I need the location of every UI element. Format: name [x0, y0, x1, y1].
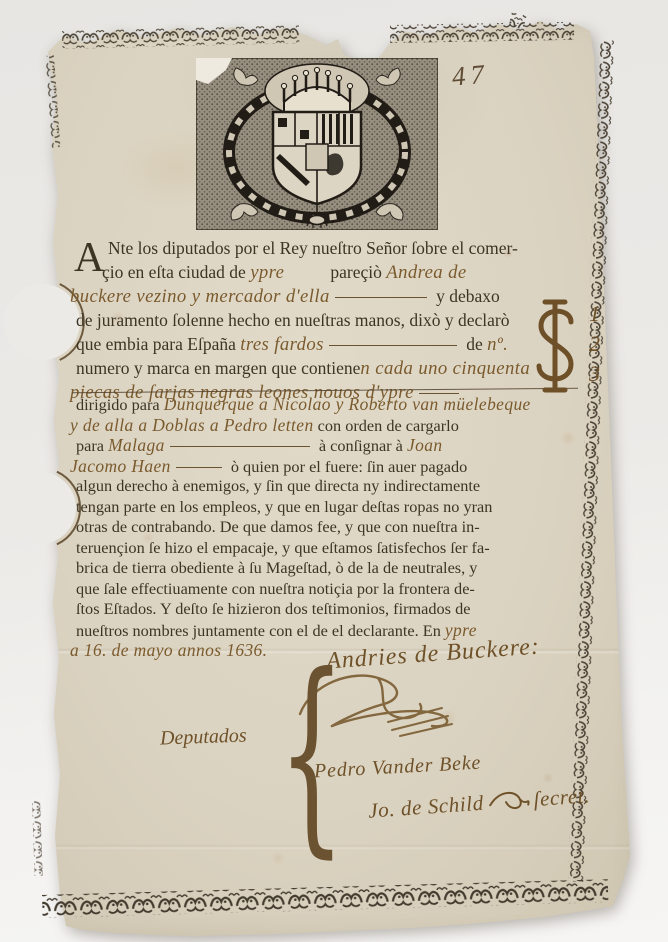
folio-number: 47	[451, 58, 491, 92]
coat-of-arms	[196, 58, 438, 230]
handwritten-goods: tres fardos	[240, 334, 324, 355]
merchant-mark-glyph	[524, 296, 586, 396]
inked-dash	[329, 345, 457, 346]
print-line: ſtos Eſtados. Y deſto ſe hizieron dos te…	[76, 599, 578, 620]
bale-numbers: 1 2 3	[589, 299, 600, 389]
mixed-line: buckere vezino y mercador d'ella y debax…	[76, 286, 578, 310]
mixed-line: numero y marca en margen que contienen c…	[76, 358, 578, 382]
paragraph-declaration: A Nte los diputados por el Rey nueſtro S…	[76, 238, 578, 406]
bale-number: 2	[589, 329, 600, 359]
handwritten-numero: nº.	[487, 334, 508, 355]
scanned-document: 47 A Nte los diputados por el Rey nueſtr…	[0, 0, 668, 942]
mixed-line: para Malaga à conſignar à Joan	[76, 435, 578, 456]
deputados-label: Deputados	[160, 724, 247, 750]
secretary-flourish	[485, 786, 533, 815]
inked-dash	[176, 467, 222, 468]
print-line: que ſale effectiuamente con nueſtra noti…	[76, 579, 578, 600]
handwritten-consignee: Jacomo Haen	[70, 456, 171, 477]
print-line: teruençion ſe hizo el empacaje, y que eſ…	[76, 538, 578, 559]
quartered-shield	[273, 112, 361, 204]
handwritten-date: a 16. de mayo annos 1636.	[70, 640, 267, 661]
mixed-line: y de alla a Doblas a Pedro letten con or…	[76, 415, 578, 436]
inked-dash	[170, 446, 310, 447]
handwritten-place: ypre	[445, 620, 477, 640]
handwritten-consignee: Joan	[407, 435, 443, 455]
deputados-brace: {	[278, 654, 345, 852]
paragraph-shipping: dirigido para Dunquerque a Nicolao y Rob…	[76, 394, 578, 661]
print-line: de juramento ſolenne hecho en nueſtras m…	[76, 310, 578, 334]
bale-number: 1	[589, 299, 600, 329]
handwritten-city: ypre	[250, 262, 284, 283]
print-line: Nte los diputados por el Rey nueſtro Señ…	[76, 238, 578, 262]
handwritten-name: Andrea de	[386, 262, 466, 283]
bale-number: 3	[589, 359, 600, 389]
merchant-mark	[524, 296, 586, 401]
inked-dash	[335, 297, 427, 298]
print-line: tengan parte en los empleos, y que en lu…	[76, 497, 578, 518]
handwritten-route: Dunquerque a Nicolao y Roberto van müele…	[164, 394, 531, 414]
mixed-line: que embia para Eſpaña tres fardos de nº.	[76, 334, 578, 358]
print-line: algun derecho à enemigos, y ſin que dire…	[76, 476, 578, 497]
print-line: brica de tierra obediente à ſu Mageſtad,…	[76, 558, 578, 579]
handwritten-contents: n cada uno cinquenta	[360, 358, 530, 379]
print-line: otras de contrabando. De que damos fee, …	[76, 517, 578, 538]
mixed-line: dirigido para Dunquerque a Nicolao y Rob…	[76, 394, 578, 415]
mixed-line: Jacomo Haen ò quien por el fuere: ſin au…	[76, 456, 578, 477]
handwritten-name: buckere vezino y mercador d'ella	[70, 286, 330, 308]
handwritten-route: y de alla a Doblas a Pedro letten	[70, 415, 314, 436]
handwritten-destination: Malaga	[108, 435, 165, 455]
mixed-line: çio en eſta ciudad de yprepareçiò Andrea…	[76, 262, 578, 286]
